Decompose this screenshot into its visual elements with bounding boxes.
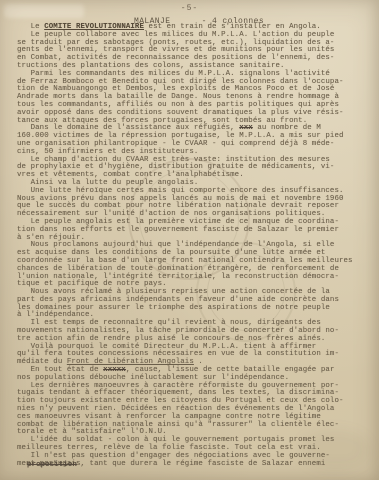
text-segment: chances de libération de toute dominatio… — [17, 265, 339, 273]
text-segment: tous les commandants, affiliés ou non à … — [17, 101, 339, 109]
text-segment: Andrade morts dans la bataille de Dange.… — [17, 93, 339, 101]
text-segment: avoir opposé dans des conditions souvent… — [17, 109, 344, 117]
text-segment: cins, 50 infirmiers et des instituteurs. — [17, 148, 198, 156]
text-segment: tructions des plantations des colons, as… — [17, 62, 285, 70]
text-segment: Le — [17, 23, 44, 31]
text-segment: est en train de s'installer en Angola. — [144, 23, 321, 31]
text-segment: , cause, l'issue de cette bataille engag… — [126, 366, 335, 374]
document-body: Le COMITE REVOLUTIONNAIRE est en train d… — [17, 24, 369, 470]
text-segment: Ainsi va la lutte du peuple angolais. — [17, 179, 198, 187]
text-segment: en Combat, activités de reconnaissance d… — [17, 54, 334, 62]
text-segment: est acquise dans les conditions de la po… — [17, 249, 325, 257]
scanned-typewritten-page: -5- MALANJE - 4 colonnes Le COMITE REVOL… — [0, 0, 379, 480]
text-segment: ces manoeuvres visant à renforcer la cam… — [17, 413, 321, 421]
text-segment: part des pays africains indépendants en … — [17, 296, 339, 304]
struck-text: xxxxx — [103, 366, 126, 374]
text-segment: 160.000 victimes de la répression portug… — [17, 132, 344, 140]
text-segment: Nous avons réclamé à plusieurs reprises … — [17, 288, 330, 296]
page-number: -5- — [0, 4, 379, 13]
text-line: proposition — [17, 462, 369, 470]
text-segment: Le peuple collabore avec les milices du … — [17, 31, 334, 39]
text-segment: mouvements nationalistes, la tâche primo… — [17, 327, 339, 335]
text-segment: En tout état de — [17, 366, 103, 374]
text-segment: nos populations débouche inéluctablement… — [17, 374, 289, 382]
text-segment: Le peuple angolais est la première victi… — [17, 218, 339, 226]
text-segment: Il n'est pas question d'engager des négo… — [17, 452, 330, 460]
text-segment: meilleures terres, relève de la folie fa… — [17, 444, 321, 452]
text-segment: coordonnée sur la base d'un large front … — [17, 257, 353, 265]
text-segment: nécessairement sur l'unité d'action de n… — [17, 210, 325, 218]
text-segment: tion dans nos efforts et le gouvernement… — [17, 226, 339, 234]
text-segment: Parmi les commandants des milices du M.P… — [17, 70, 330, 78]
underlined-text: COMITE REVOLUTIONNAIRE — [44, 23, 144, 31]
text-segment: tre action afin de rendre plus aisé le c… — [17, 335, 325, 343]
text-segment: une organisation philantropique - le CVA… — [17, 140, 334, 148]
struck-text: proposition — [27, 461, 77, 469]
text-segment: Une lutte héroïque certes mais qui compo… — [17, 187, 344, 195]
text-segment: vres et vêtements, combat contre l'analp… — [17, 171, 244, 179]
text-segment: nies n'y peuvent rien. Décidées en réact… — [17, 405, 334, 413]
